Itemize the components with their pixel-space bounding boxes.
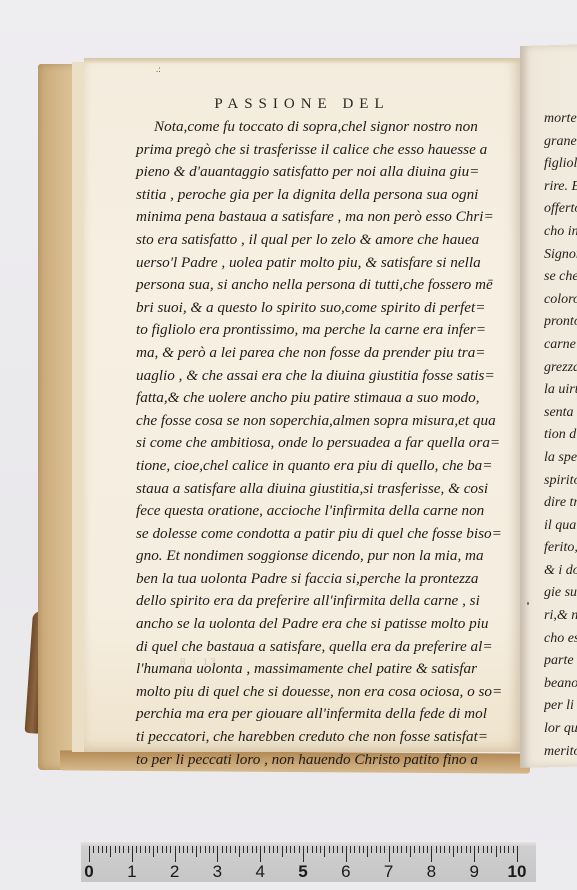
margin-speck	[527, 602, 529, 605]
ruler-tick	[128, 846, 129, 853]
text-line: se dolesse come condotta a patir piu di …	[136, 523, 506, 546]
ruler-label: 1	[127, 862, 136, 882]
ruler-tick	[470, 846, 471, 853]
margin-mark: .:	[156, 64, 161, 74]
ruler-tick	[324, 846, 325, 857]
ruler-tick	[307, 846, 308, 853]
ruler-tick	[393, 846, 394, 853]
ruler-tick	[414, 846, 415, 853]
ruler-tick	[449, 846, 450, 853]
facing-text-line: figliol di	[544, 153, 577, 176]
ruler-tick	[436, 846, 437, 853]
text-line: minima pena bastaua a satisfare , ma non…	[136, 206, 506, 229]
ruler-tick	[192, 846, 193, 853]
ruler-tick	[316, 846, 317, 853]
ruler-tick	[453, 846, 454, 857]
ruler-tick	[457, 846, 458, 853]
ruler-tick	[222, 846, 223, 853]
ruler-tick	[299, 846, 300, 853]
ruler-tick	[157, 846, 158, 853]
text-line: uaglio , & che assai era che la diuina g…	[136, 365, 506, 388]
ruler-tick	[371, 846, 372, 853]
ruler-label: 9	[469, 862, 478, 882]
ruler-tick	[483, 846, 484, 853]
ruler-tick	[213, 846, 214, 853]
text-line: stitia , peroche gia per la dignita dell…	[136, 184, 506, 207]
ruler-tick	[380, 846, 381, 853]
ruler-tick	[342, 846, 343, 853]
ruler-tick	[123, 846, 124, 853]
ruler-tick	[269, 846, 270, 853]
text-line: ti peccatori, che harebben creduto che n…	[136, 726, 506, 749]
ruler-tick	[170, 846, 171, 853]
ruler-tick	[367, 846, 368, 857]
ruler-label: 6	[341, 862, 350, 882]
ruler-tick	[106, 846, 107, 853]
ruler-tick	[264, 846, 265, 853]
ruler-tick	[337, 846, 338, 853]
facing-text-line: lor qu	[544, 718, 577, 741]
ruler-tick	[363, 846, 364, 853]
text-line: staua a satisfare alla diuina giustitia,…	[136, 478, 506, 501]
facing-text-line: coloro ,	[544, 289, 577, 312]
ruler-tick	[162, 846, 163, 853]
facing-text-line: offerto a	[544, 198, 577, 221]
text-line: molto piu di quel che si douesse, non er…	[136, 681, 506, 704]
text-line: ancho se la uolonta del Padre era che si…	[136, 613, 506, 636]
text-line: ben la tua uolonta Padre si faccia si,pe…	[136, 568, 506, 591]
ruler-tick	[252, 846, 253, 853]
ruler-tick	[406, 846, 407, 853]
text-line: fatta,& che uolere ancho piu patire stim…	[136, 387, 506, 410]
ruler-tick	[282, 846, 283, 857]
text-line: perchia ma era per giouare all'infermita…	[136, 703, 506, 726]
ruler-tick	[303, 846, 304, 862]
text-line: che fosse cosa se non soperchia,almen so…	[136, 410, 506, 433]
facing-text-line: per li c	[544, 695, 577, 718]
ruler-tick	[397, 846, 398, 853]
ruler-tick	[239, 846, 240, 857]
ruler-tick	[89, 846, 90, 862]
facing-text-line: senta i	[544, 402, 577, 425]
ruler-label: 7	[384, 862, 393, 882]
ruler-tick	[132, 846, 133, 862]
ruler-tick	[183, 846, 184, 853]
ruler-tick	[273, 846, 274, 853]
facing-text-line: ferito, j	[544, 537, 577, 560]
ruler-tick	[504, 846, 505, 853]
ruler-label: 3	[213, 862, 222, 882]
ruler-tick	[333, 846, 334, 853]
ruler-tick	[226, 846, 227, 853]
running-head: PASSIONE DEL	[84, 96, 520, 113]
ruler-label: 4	[255, 862, 264, 882]
facing-text-line: gie sue,	[544, 582, 577, 605]
text-line: tione, cioe,chel calice in quanto era pi…	[136, 455, 506, 478]
ruler-tick	[312, 846, 313, 853]
ruler-tick	[354, 846, 355, 853]
ruler-tick	[427, 846, 428, 853]
ruler-tick	[513, 846, 514, 853]
text-line: bri suoi, & a questo lo spirito suo,come…	[136, 297, 506, 320]
text-line: fece questa oratione, accioche l'infirmi…	[136, 500, 506, 523]
ruler-tick	[444, 846, 445, 853]
ruler-tick	[384, 846, 385, 853]
facing-text-line: pronto	[544, 311, 577, 334]
ruler-tick	[149, 846, 150, 853]
ruler-tick	[461, 846, 462, 853]
ruler-tick	[115, 846, 116, 853]
text-line: ma, & però a lei parea che non fosse da …	[136, 342, 506, 365]
ruler-tick	[419, 846, 420, 853]
ruler-tick	[290, 846, 291, 853]
ruler-tick	[175, 846, 176, 862]
ruler-tick	[491, 846, 492, 853]
ruler-tick	[247, 846, 248, 853]
ruler-tick	[329, 846, 330, 853]
facing-text-line: Signor c	[544, 244, 577, 267]
ruler-tick	[487, 846, 488, 853]
facing-text-line: grezza	[544, 357, 577, 380]
ruler-tick	[346, 846, 347, 862]
ruler-tick	[98, 846, 99, 853]
ruler-label: 0	[84, 862, 93, 882]
ruler-tick	[517, 846, 518, 862]
text-line: si come che ambitiosa, onde lo persuadea…	[136, 432, 506, 455]
ruler-tick	[496, 846, 497, 857]
ruler-tick	[187, 846, 188, 853]
ruler-tick	[359, 846, 360, 853]
scale-ruler: 012345678910	[81, 840, 536, 882]
ruler-tick	[205, 846, 206, 853]
ruler-tick	[136, 846, 137, 853]
text-line: sto era satisfatto , il qual per lo zelo…	[136, 229, 506, 252]
facing-text-line: spirito	[544, 470, 577, 493]
ruler-tick	[277, 846, 278, 853]
text-line: Nota,come fu toccato di sopra,chel signo…	[136, 116, 506, 139]
ruler-tick	[166, 846, 167, 853]
ruler-label: 8	[427, 862, 436, 882]
text-line: pieno & d'auantaggio satisfatto per noi …	[136, 161, 506, 184]
ruler-tick	[102, 846, 103, 853]
ruler-tick	[260, 846, 261, 862]
facing-text-line: parte n	[544, 650, 577, 673]
ruler-tick	[243, 846, 244, 853]
facing-text-line: merito	[544, 741, 577, 764]
ruler-tick	[140, 846, 141, 853]
ruler-tick	[431, 846, 432, 862]
ruler-tick	[389, 846, 390, 862]
ruler-tick	[119, 846, 120, 853]
ruler-tick	[145, 846, 146, 853]
ruler-tick	[508, 846, 509, 853]
ruler-tick	[286, 846, 287, 853]
ruler-tick	[209, 846, 210, 853]
ruler-tick	[294, 846, 295, 853]
facing-text-line: & i dol	[544, 560, 577, 583]
ruler-tick	[235, 846, 236, 853]
facing-text-line: tion d	[544, 424, 577, 447]
facing-text-line: se che si	[544, 266, 577, 289]
text-line: prima pregò che si trasferisse il calice…	[136, 139, 506, 162]
facing-text-line: rire. Et c	[544, 176, 577, 199]
text-line: persona sua, si ancho nella persona di t…	[136, 274, 506, 297]
ruler-tick	[200, 846, 201, 853]
facing-text-line: la sper	[544, 447, 577, 470]
ruler-tick	[110, 846, 111, 857]
ruler-tick	[153, 846, 154, 857]
ruler-tick	[474, 846, 475, 862]
facing-text-line: il qual c	[544, 515, 577, 538]
ruler-tick	[179, 846, 180, 853]
facing-text-line: ri,& no	[544, 605, 577, 628]
ruler-tick	[230, 846, 231, 853]
faint-pencil-annotation: 8 · 13	[180, 656, 218, 668]
ruler-tick	[466, 846, 467, 853]
ruler-tick	[423, 846, 424, 853]
ruler-tick	[256, 846, 257, 853]
text-line: to per li peccati loro , non hauendo Chr…	[136, 749, 506, 772]
facing-text-line: carne ir	[544, 334, 577, 357]
ruler-label: 10	[508, 862, 527, 882]
ruler-tick	[93, 846, 94, 853]
text-line: dello spirito era da preferire all'infir…	[136, 590, 506, 613]
ruler-label: 2	[170, 862, 179, 882]
ruler-tick	[401, 846, 402, 853]
facing-text-line: la uirtu	[544, 379, 577, 402]
ruler-tick	[320, 846, 321, 853]
text-line: di quel che bastaua a satisfare, quella …	[136, 636, 506, 659]
ruler-tick	[478, 846, 479, 853]
facing-text-line: cho esti	[544, 628, 577, 651]
ruler-label: 5	[298, 862, 307, 882]
text-line: uerso'l Padre , uolea patir molto piu, &…	[136, 252, 506, 275]
text-line: to figliolo era prontissimo, ma perche l…	[136, 319, 506, 342]
ruler-tick	[500, 846, 501, 853]
facing-text-line: cho in ci	[544, 221, 577, 244]
ruler-tick	[440, 846, 441, 853]
body-text: Nota,come fu toccato di sopra,chel signo…	[136, 116, 506, 771]
facing-text-line: grane &	[544, 131, 577, 154]
verso-page: .: PASSIONE DEL Nota,come fu toccato di …	[84, 58, 520, 752]
ruler-tick	[196, 846, 197, 857]
facing-text-line: dire tra	[544, 492, 577, 515]
facing-page-text: morte, mgrane &figliol dirire. Et coffer…	[544, 108, 577, 763]
text-line: gno. Et nondimen soggionse dicendo, pur …	[136, 545, 506, 568]
facing-text-line: beano i	[544, 673, 577, 696]
ruler-tick	[217, 846, 218, 862]
ruler-tick	[410, 846, 411, 857]
ruler-tick	[376, 846, 377, 853]
ruler-tick	[350, 846, 351, 853]
facing-text-line: morte, m	[544, 108, 577, 131]
